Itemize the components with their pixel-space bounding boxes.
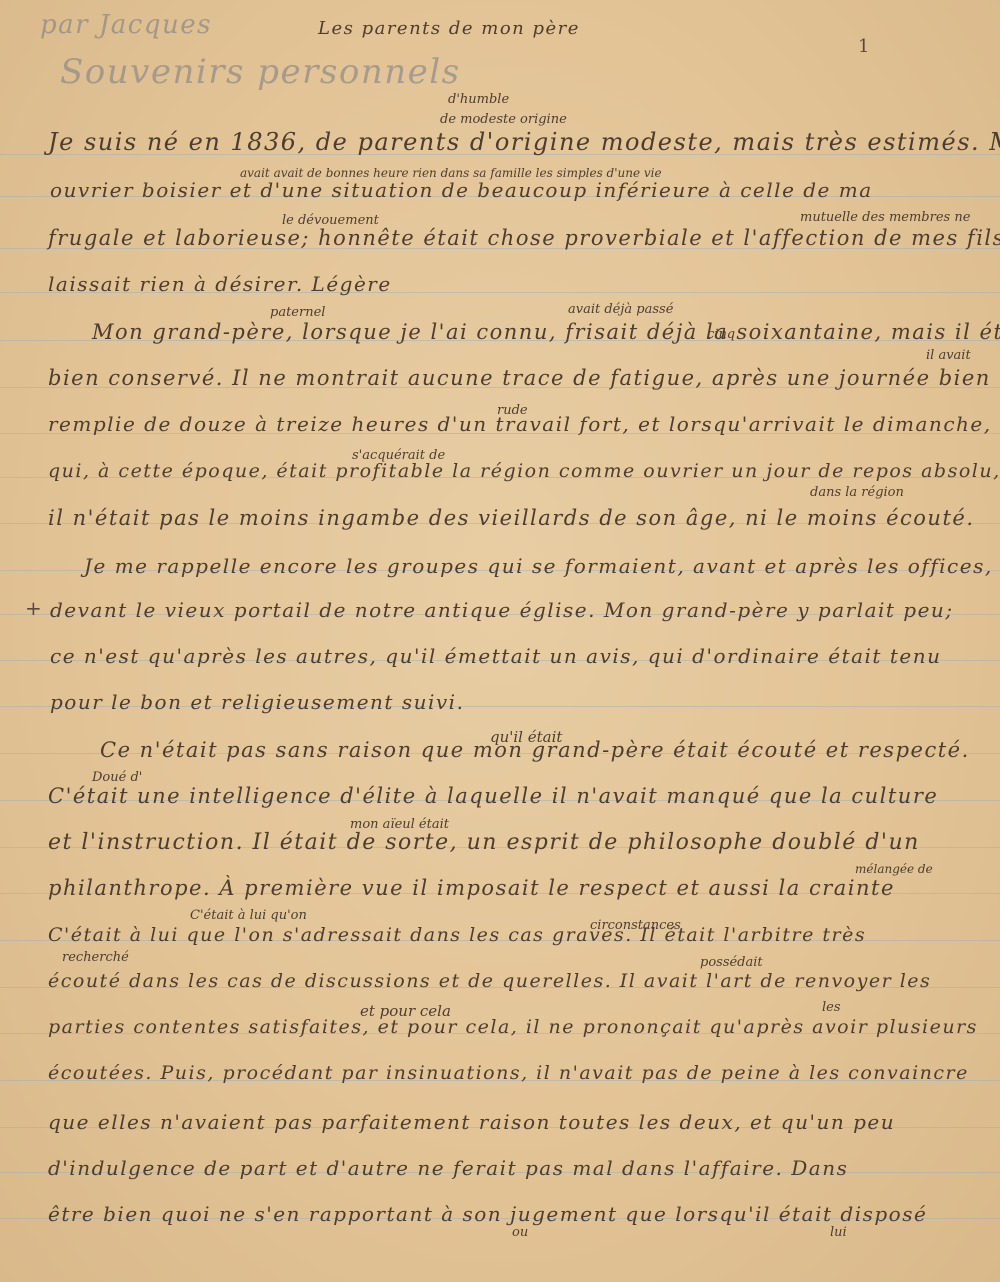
insertion: les bbox=[822, 1000, 841, 1015]
insertion: de modeste origine bbox=[440, 112, 567, 127]
pencil-note-top: par Jacques bbox=[40, 10, 212, 40]
manuscript-line: C'était une intelligence d'élite à laque… bbox=[48, 784, 938, 808]
manuscript-line: il n'était pas le moins ingambe des viei… bbox=[48, 506, 975, 530]
pencil-heading: Souvenirs personnels bbox=[60, 52, 461, 92]
manuscript-line: être bien quoi ne s'en rapportant à son … bbox=[48, 1202, 927, 1226]
insertion: ou bbox=[512, 1225, 528, 1240]
manuscript-line: bien conservé. Il ne montrait aucune tra… bbox=[48, 366, 991, 390]
manuscript-line: ce n'est qu'après les autres, qu'il émet… bbox=[50, 644, 941, 668]
manuscript-line: devant le vieux portail de notre antique… bbox=[50, 598, 954, 622]
insertion: dans la région bbox=[810, 485, 904, 500]
manuscript-line: d'indulgence de part et d'autre ne ferai… bbox=[48, 1156, 848, 1180]
manuscript-line: Je me rappelle encore les groupes qui se… bbox=[84, 554, 993, 578]
insertion: d'humble bbox=[448, 92, 509, 107]
manuscript-line: qui, à cette époque, était profitable la… bbox=[48, 460, 1000, 482]
manuscript-line: Je suis né en 1836, de parents d'origine… bbox=[48, 128, 1000, 156]
insertion: mélangée de bbox=[855, 862, 933, 876]
manuscript-line: pour le bon et religieusement suivi. bbox=[50, 690, 464, 714]
insertion: recherché bbox=[62, 950, 129, 965]
insertion: possédait bbox=[700, 955, 763, 970]
manuscript-line: Mon grand-père, lorsque je l'ai connu, f… bbox=[92, 320, 1000, 344]
manuscript-line: philanthrope. À première vue il imposait… bbox=[48, 876, 895, 900]
insertion: paternel bbox=[270, 305, 325, 320]
insertion: mutuelle des membres ne bbox=[800, 210, 970, 225]
manuscript-line: écoutées. Puis, procédant par insinuatio… bbox=[48, 1062, 969, 1084]
margin-cross-mark: + bbox=[25, 596, 42, 620]
manuscript-line: ouvrier boisier et d'une situation de be… bbox=[50, 178, 873, 202]
manuscript-line: laissait rien à désirer. Légère bbox=[48, 272, 392, 296]
manuscript-line: parties contentes satisfaites, et pour c… bbox=[48, 1016, 978, 1038]
manuscript-line: écouté dans les cas de discussions et de… bbox=[48, 970, 931, 992]
insertion: Doué d' bbox=[92, 770, 142, 785]
insertion: il avait bbox=[926, 348, 971, 363]
insertion: C'était à lui qu'on bbox=[190, 908, 307, 923]
manuscript-line: frugale et laborieuse; honnête était cho… bbox=[48, 226, 1000, 250]
manuscript-line: que elles n'avaient pas parfaitement rai… bbox=[48, 1110, 895, 1134]
page-title: Les parents de mon père bbox=[318, 18, 580, 39]
insertion: avait déjà passé bbox=[568, 302, 673, 317]
manuscript-line: Ce n'était pas sans raison que mon grand… bbox=[100, 738, 970, 762]
insertion: lui bbox=[830, 1225, 847, 1240]
manuscript-line: remplie de douze à treize heures d'un tr… bbox=[48, 412, 992, 436]
manuscript-line: C'était à lui que l'on s'adressait dans … bbox=[48, 924, 866, 946]
manuscript-line: et l'instruction. Il était de sorte, un … bbox=[48, 830, 920, 855]
page-number: 1 bbox=[858, 36, 869, 57]
